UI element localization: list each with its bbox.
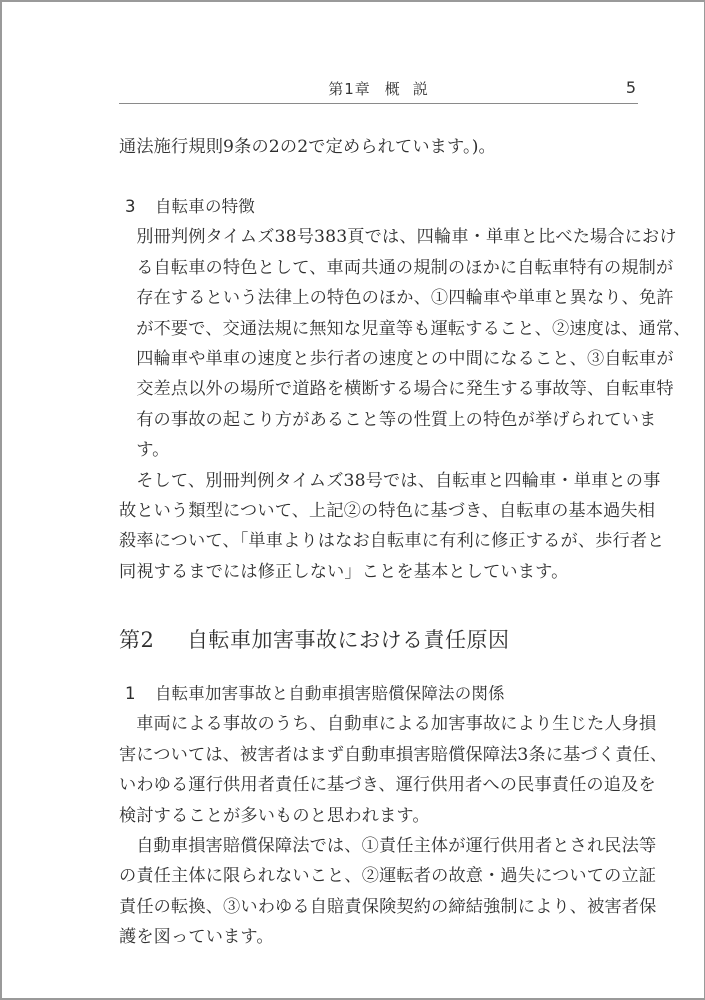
text-line: 交差点以外の場所で道路を横断する場合に発生する事故等、自転車特	[119, 374, 640, 404]
subsection-heading-1: 1自転車加害事故と自動車損害賠償保障法の関係	[119, 679, 640, 709]
text-line: 責任の転換、③いわゆる自賠責保険契約の締結強制により、被害者保	[119, 892, 640, 922]
text-line: 同視するまでには修正しない」ことを基本としています。	[119, 557, 640, 587]
header-rule	[119, 103, 638, 104]
text-line: 四輪車や単車の速度と歩行者の速度との中間になること、③自転車が	[119, 344, 640, 374]
text-line: 自動車損害賠償保障法では、①責任主体が運行供用者とされ民法等	[119, 831, 640, 861]
running-head: 第1章概説 5	[119, 76, 638, 98]
text-line: 有の事故の起こり方があること等の性質上の特色が挙げられていま	[119, 405, 640, 435]
text-line: 車両による事故のうち、自動車による加害事故により生じた人身損	[119, 709, 640, 739]
text-line: 存在するという法律上の特色のほか、①四輪車や単車と異なり、免許	[119, 283, 640, 313]
page-body: 通法施行規則9条の2の2で定められています。)。 3自転車の特徴 別冊判例タイム…	[119, 132, 640, 953]
section-title: 自転車加害事故における責任原因	[187, 628, 510, 652]
text-line: 検討することが多いものと思われます。	[119, 801, 640, 831]
section-number: 第2	[119, 625, 187, 655]
section-heading: 第2自転車加害事故における責任原因	[119, 625, 640, 655]
text-line: いわゆる運行供用者責任に基づき、運行供用者への民事責任の追及を	[119, 770, 640, 800]
paragraph: 自動車損害賠償保障法では、①責任主体が運行供用者とされ民法等 の責任主体に限られ…	[119, 831, 640, 953]
text-line: の責任主体に限られないこと、②運転者の故意・過失についての立証	[119, 861, 640, 891]
chapter-title: 第1章概説	[119, 78, 638, 99]
text-line: 護を図っています。	[119, 922, 640, 952]
paragraph: そして、別冊判例タイムズ38号では、自転車と四輪車・単車との事 故という類型につ…	[119, 466, 640, 588]
text-line: が不要で、交通法規に無知な児童等も運転すること、②速度は、通常、	[119, 314, 640, 344]
page-number: 5	[626, 78, 636, 97]
subsection-title: 自転車加害事故と自動車損害賠償保障法の関係	[155, 684, 505, 703]
text-line: そして、別冊判例タイムズ38号では、自転車と四輪車・単車との事	[119, 466, 640, 496]
subsection-number: 3	[119, 192, 155, 222]
continuation-paragraph: 通法施行規則9条の2の2で定められています。)。	[119, 132, 640, 162]
paragraph: 別冊判例タイムズ38号383頁では、四輪車・単車と比べた場合におけ る自転車の特…	[119, 222, 640, 465]
text-line: る自転車の特色として、車両共通の規制のほかに自転車特有の規制が	[119, 253, 640, 283]
chapter-title-char-2: 説	[413, 80, 429, 98]
text-line: 故という類型について、上記②の特色に基づき、自転車の基本過失相	[119, 496, 640, 526]
text-line: 殺率について、「単車よりはなお自転車に有利に修正するが、歩行者と	[119, 526, 640, 556]
chapter-number: 第1章	[328, 80, 371, 98]
paragraph: 車両による事故のうち、自動車による加害事故により生じた人身損 害については、被害…	[119, 709, 640, 831]
text-line: す。	[119, 435, 640, 465]
subsection-number: 1	[119, 679, 155, 709]
subsection-heading-3: 3自転車の特徴	[119, 192, 640, 222]
text-line: 別冊判例タイムズ38号383頁では、四輪車・単車と比べた場合におけ	[119, 222, 640, 252]
subsection-title: 自転車の特徴	[155, 197, 255, 216]
text-line: 通法施行規則9条の2の2で定められています。)。	[119, 132, 640, 162]
book-page: 第1章概説 5 通法施行規則9条の2の2で定められています。)。 3自転車の特徴…	[0, 0, 705, 1000]
text-line: 害については、被害者はまず自動車損害賠償保障法3条に基づく責任、	[119, 740, 640, 770]
chapter-title-char-1: 概	[385, 80, 401, 98]
